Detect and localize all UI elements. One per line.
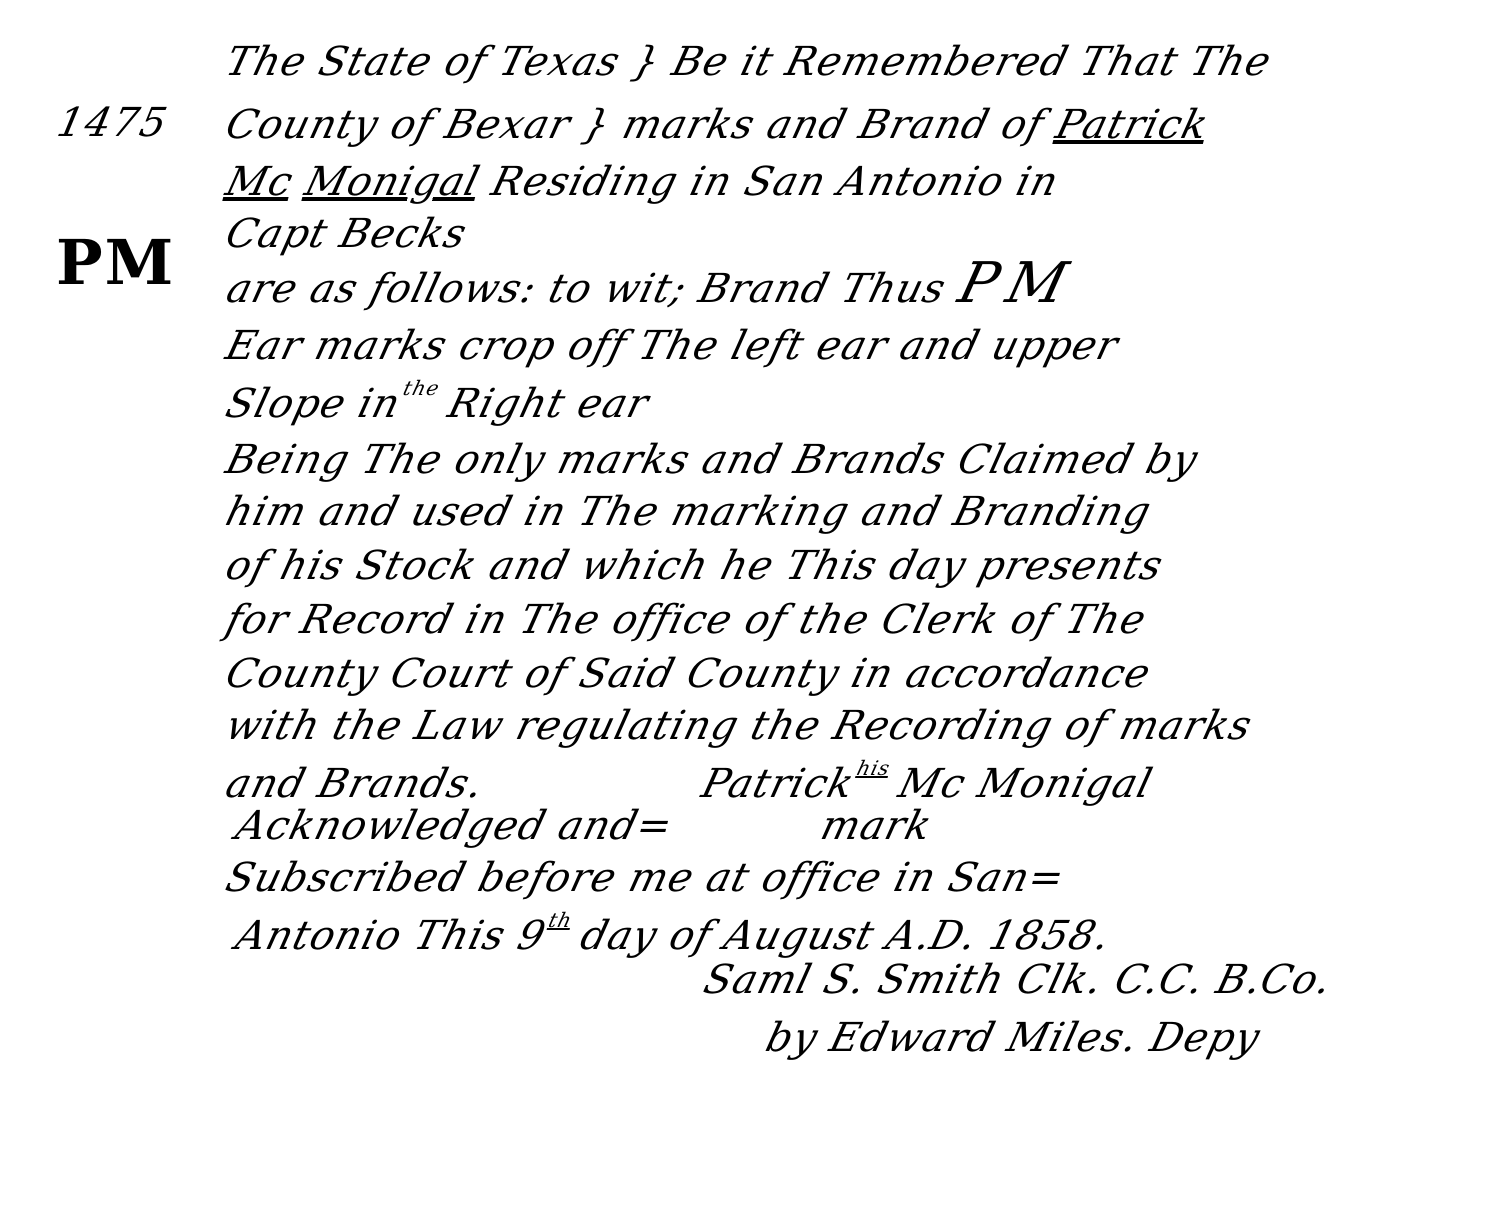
signer-surname: Mc Monigal (894, 761, 1157, 807)
line-17: Antonio This 9th day of August A.D. 1858… (232, 910, 1116, 956)
margin-brand-mark: PM (56, 232, 175, 294)
deputy-signature: by Edward Miles. Depy (762, 1018, 1264, 1058)
signer-name: Patrick (697, 761, 859, 807)
line-12: County Court of Said County in accordanc… (222, 654, 1155, 694)
line-1: The State of Texas } Be it Remembered Th… (222, 42, 1276, 82)
line-4: Capt Becks (222, 214, 471, 254)
line-15: Acknowledged and=mark (232, 806, 936, 846)
line-11: for Record in The office of the Clerk of… (222, 600, 1150, 640)
line-8: Being The only marks and Brands Claimed … (222, 440, 1202, 480)
line-7: Slope inthe Right ear (222, 378, 654, 424)
line-13: with the Law regulating the Recording of… (222, 706, 1256, 746)
his-mark-label: his (854, 756, 893, 780)
record-number: 1475 (53, 100, 173, 146)
line-5: are as follows: to wit; Brand ThusPM (222, 256, 1082, 312)
line-3: Mc Monigal Residing in San Antonio in (222, 162, 1063, 202)
line-10: of his Stock and which he This day prese… (222, 546, 1167, 586)
line-16: Subscribed before me at office in San= (222, 858, 1069, 898)
line-2: County of Bexar } marks and Brand of Pat… (222, 105, 1213, 145)
line-9: him and used in The marking and Branding (222, 492, 1155, 532)
mark-label: mark (816, 803, 937, 849)
inline-brand-mark: PM (952, 251, 1083, 316)
line-6: Ear marks crop off The left ear and uppe… (222, 326, 1123, 366)
clerk-signature: Saml S. Smith Clk. C.C. B.Co. (700, 960, 1336, 1000)
document-page: 1475 PM The State of Texas } Be it Remem… (0, 0, 1500, 1226)
line-14: and Brands.Patrickhis Mc Monigal (222, 758, 1158, 804)
